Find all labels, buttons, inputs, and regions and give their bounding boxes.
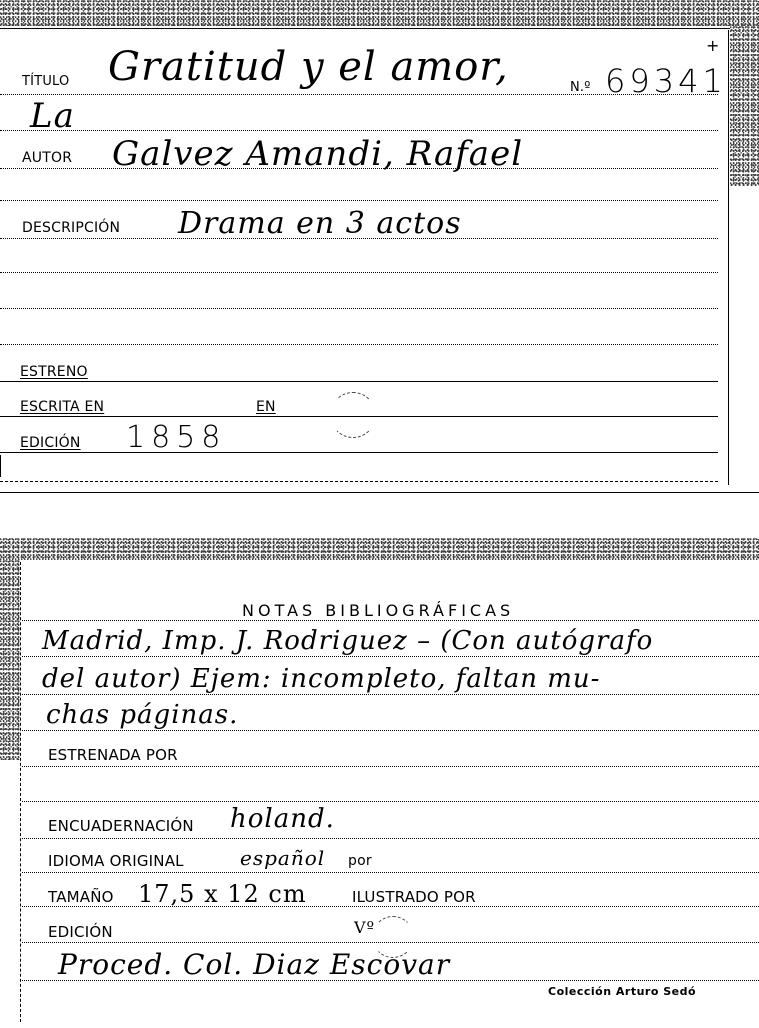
- description-line-1: [0, 238, 718, 239]
- author-label: Autor: [22, 150, 72, 166]
- catalog-card-back: Notas bibliográficas Madrid, Imp. J. Rod…: [0, 538, 759, 1028]
- notes-line-text-2: del autor) Ejem: incompleto, faltan mu-: [42, 664, 600, 694]
- back-edition-line: [22, 942, 759, 943]
- description-label: Descripción: [22, 220, 120, 236]
- premiere-label: Estreno: [20, 364, 88, 380]
- author-line: [0, 168, 718, 169]
- collection-credit: Colección Arturo Sedó: [548, 985, 696, 998]
- scan-noise-right-border: [730, 26, 759, 186]
- title-line-2: [0, 130, 718, 131]
- catalog-card-front: Título Gratitud y el amor, N.º 69341 + L…: [0, 0, 759, 495]
- premiere-line: [0, 381, 718, 382]
- scan-noise-top-border: [0, 0, 759, 26]
- notes-line-2: [22, 656, 759, 657]
- edition-value: 1858: [126, 420, 226, 455]
- description-value: Drama en 3 actos: [178, 206, 462, 241]
- description-line-4: [0, 344, 718, 345]
- faded-stamp-mark: [330, 392, 376, 438]
- title-value: Gratitud y el amor,: [108, 44, 509, 90]
- binding-value: holand.: [230, 804, 335, 834]
- original-language-line: [22, 872, 759, 873]
- illustrated-by-label: Ilustrado por: [352, 888, 476, 906]
- scan-noise-top-border: [0, 538, 759, 560]
- scan-noise-left-border: [0, 560, 20, 760]
- bibliographic-notes-heading: Notas bibliográficas: [242, 601, 514, 620]
- size-label: Tamaño: [48, 888, 114, 906]
- original-language-value: español: [240, 846, 325, 870]
- title-label: Título: [22, 74, 69, 89]
- title-line: [0, 94, 718, 95]
- card-right-edge: [728, 30, 729, 485]
- original-language-label: Idioma original: [48, 852, 184, 870]
- notes-line-3: [22, 694, 759, 695]
- number-label: N.º: [570, 80, 591, 95]
- provenance-line: [22, 980, 759, 981]
- card-top-edge: [0, 28, 730, 29]
- binding-label: Encuadernación: [48, 817, 194, 835]
- card-left-mark: [0, 455, 1, 477]
- size-line: [22, 906, 759, 907]
- size-value: 17,5 x 12 cm: [138, 880, 307, 908]
- card-left-edge: [20, 562, 21, 1022]
- in-label: En: [256, 399, 276, 415]
- written-in-label: Escrita en: [20, 399, 104, 415]
- corner-cross-mark: +: [706, 36, 719, 55]
- provenance-value: Proced. Col. Diaz Escovar: [58, 948, 450, 981]
- binding-line: [22, 838, 759, 839]
- back-edition-label: Edición: [48, 923, 113, 941]
- card-bottom-edge: [0, 492, 759, 493]
- notes-line-4: [22, 730, 759, 731]
- edition-label: Edición: [20, 435, 81, 451]
- blank-line: [22, 801, 759, 802]
- premiered-by-label: Estrenada por: [48, 746, 178, 764]
- edition-line: [0, 452, 718, 453]
- author-line-2: [0, 200, 718, 201]
- notes-line-text-1: Madrid, Imp. J. Rodriguez – (Con autógra…: [42, 626, 653, 656]
- por-label: por: [348, 853, 372, 869]
- description-line-3: [0, 308, 718, 309]
- description-line-2: [0, 272, 718, 273]
- premiered-by-line: [22, 766, 759, 767]
- notes-line-text-3: chas páginas.: [46, 700, 238, 730]
- bottom-line-faint: [0, 481, 718, 482]
- notes-line-1: [22, 620, 759, 621]
